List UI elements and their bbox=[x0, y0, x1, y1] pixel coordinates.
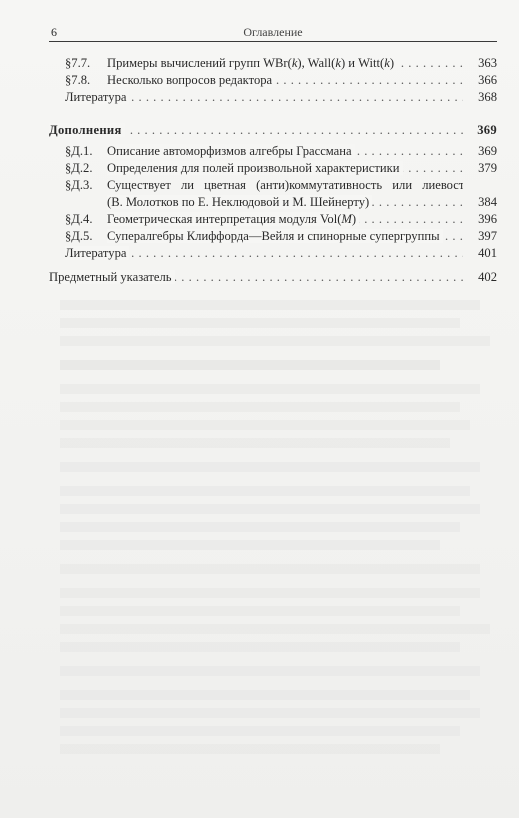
book-page: 6 Оглавление §7.7. Примеры вычислений гр… bbox=[0, 0, 519, 818]
toc-entry-continuation[interactable]: (В. Молотков по Е. Неклюдовой и М. Шейне… bbox=[49, 194, 497, 210]
toc-entry-page: 396 bbox=[467, 211, 497, 227]
toc-entry[interactable]: §Д.5. Суперaлгебры Клиффорда—Вейля и спи… bbox=[49, 228, 497, 244]
toc-entry-title: Суперaлгебры Клиффорда—Вейля и спинорные… bbox=[107, 228, 463, 244]
toc-entry-page: 368 bbox=[467, 89, 497, 105]
toc-entry-page: 379 bbox=[467, 160, 497, 176]
toc-entry[interactable]: §Д.3. Существует ли цветная (анти)коммут… bbox=[49, 177, 497, 193]
toc-entry-number: §Д.3. bbox=[65, 177, 109, 193]
toc-entry-number: §7.8. bbox=[65, 72, 109, 88]
toc-index-entry[interactable]: Предметный указатель ...................… bbox=[49, 269, 497, 285]
toc-entry[interactable]: Литература .............................… bbox=[49, 89, 497, 105]
toc-part-page: 369 bbox=[467, 122, 497, 138]
toc-entry-page: 363 bbox=[467, 55, 497, 71]
toc-part-heading[interactable]: Дополнения .............................… bbox=[49, 122, 497, 138]
toc-entry-title: Существует ли цветная (анти)коммутативно… bbox=[107, 177, 463, 193]
toc-entry[interactable]: §7.8. Несколько вопросов редактора .....… bbox=[49, 72, 497, 88]
toc-entry-number: §Д.4. bbox=[65, 211, 109, 227]
toc-entry[interactable]: §Д.1. Описание автоморфизмов алгебры Гра… bbox=[49, 143, 497, 159]
toc-entry-number: §7.7. bbox=[65, 55, 109, 71]
toc-entry[interactable]: §7.7. Примеры вычислений групп WBr(k), W… bbox=[49, 55, 497, 71]
toc-entry[interactable]: §Д.2. Определения для полей произвольной… bbox=[49, 160, 497, 176]
toc-entry-page: 397 bbox=[467, 228, 497, 244]
running-head-title: Оглавление bbox=[49, 25, 497, 39]
toc-entry-page: 401 bbox=[467, 245, 497, 261]
toc-entry-page: 402 bbox=[467, 269, 497, 285]
toc-entry-page: 384 bbox=[467, 194, 497, 210]
toc-entry-page: 366 bbox=[467, 72, 497, 88]
toc-entry-page: 369 bbox=[467, 143, 497, 159]
toc-entry[interactable]: §Д.4. Геометрическая интерпретация модул… bbox=[49, 211, 497, 227]
toc-entry-number: §Д.1. bbox=[65, 143, 109, 159]
running-head: 6 Оглавление bbox=[49, 25, 497, 42]
toc-entry-number: §Д.2. bbox=[65, 160, 109, 176]
toc-entry-number: §Д.5. bbox=[65, 228, 109, 244]
toc-entry[interactable]: Литература .............................… bbox=[49, 245, 497, 261]
